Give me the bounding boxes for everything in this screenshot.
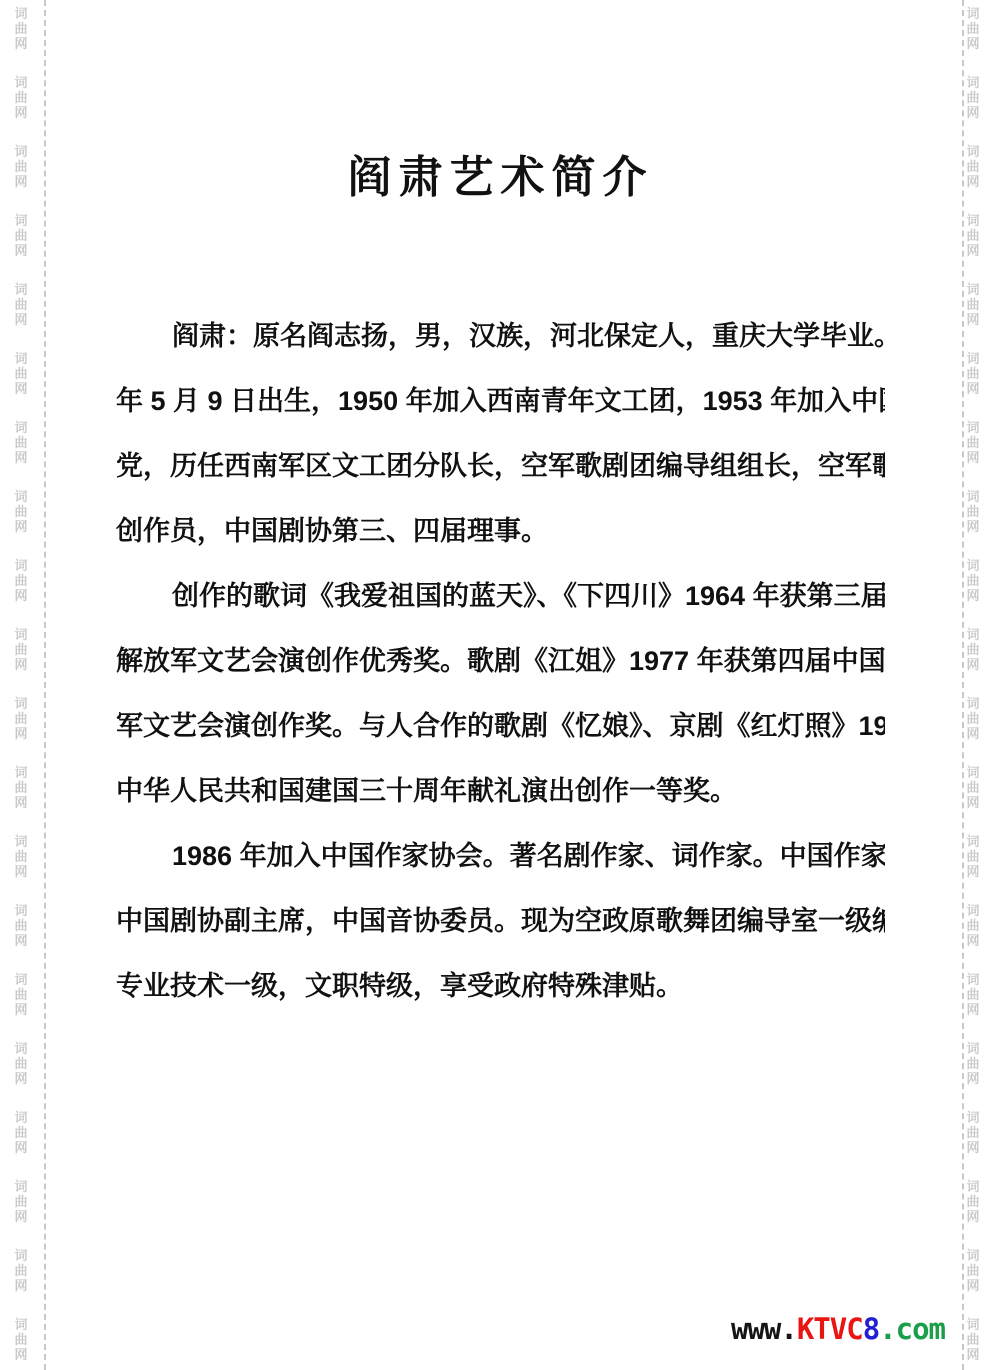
watermark-column-right: 词曲网词曲网词曲网词曲网词曲网词曲网词曲网词曲网词曲网词曲网词曲网词曲网词曲网词… [964, 6, 982, 1370]
logo-part-com: .com [879, 1312, 945, 1346]
paragraph-1-line-3: 党，历任西南军区文工团分队长，空军歌剧团编导组组长，空军歌舞剧团 [116, 434, 885, 499]
paragraph-2-line-2: 解放军文艺会演创作优秀奖。歌剧《江姐》1977 年获第四届中国人民解放 [116, 629, 885, 694]
page-title: 阎肃艺术简介 [116, 150, 885, 206]
watermark-column-left: 词曲网词曲网词曲网词曲网词曲网词曲网词曲网词曲网词曲网词曲网词曲网词曲网词曲网词… [12, 6, 30, 1370]
paragraph-3-line-1: 1986 年加入中国作家协会。著名剧作家、词作家。中国作家协会会员， [116, 824, 885, 889]
paragraph-1-line-4: 创作员，中国剧协第三、四届理事。 [116, 499, 885, 564]
paragraph-2-line-3: 军文艺会演创作奖。与人合作的歌剧《忆娘》、京剧《红灯照》1979 年获 [116, 694, 885, 759]
paragraph-2-line-1: 创作的歌词《我爱祖国的蓝天》、《下四川》1964 年获第三届中国人民 [116, 564, 885, 629]
paragraph-1-line-1: 阎肃：原名阎志扬，男，汉族，河北保定人，重庆大学毕业。1930 [116, 304, 885, 369]
paragraph-1-line-2: 年 5 月 9 日出生，1950 年加入西南青年文工团，1953 年加入中国共产 [116, 369, 885, 434]
document-page: { "page": { "background": "#ffffff" }, "… [0, 0, 985, 1370]
left-dashed-divider [44, 0, 46, 1370]
logo-part-www: www. [731, 1312, 797, 1346]
logo-part-ktvc: KTVC [797, 1312, 863, 1346]
paragraph-3-line-3: 专业技术一级，文职特级，享受政府特殊津贴。 [116, 954, 885, 1019]
ktvc8-site-watermark: www.KTVC8.com [731, 1312, 945, 1346]
document-body: 阎肃艺术简介 阎肃：原名阎志扬，男，汉族，河北保定人，重庆大学毕业。1930 年… [116, 150, 885, 1019]
paragraph-2-line-4: 中华人民共和国建国三十周年献礼演出创作一等奖。 [116, 759, 885, 824]
paragraph-3-line-2: 中国剧协副主席，中国音协委员。现为空政原歌舞团编导室一级编剧， [116, 889, 885, 954]
logo-part-8: 8 [863, 1312, 879, 1346]
